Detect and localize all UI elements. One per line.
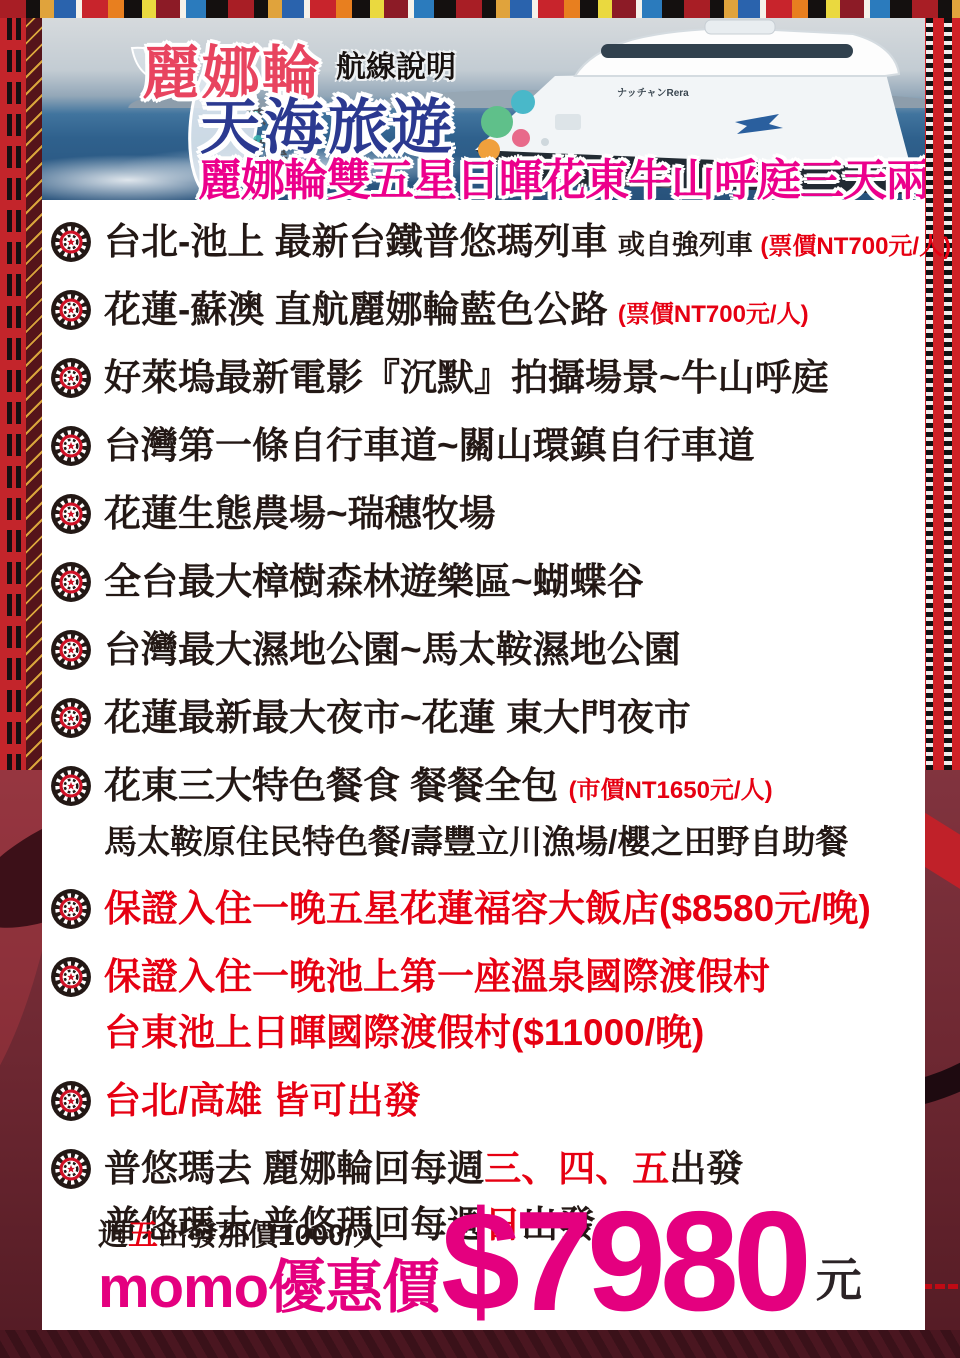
feature-line: 保證入住一晚五星花蓮福容大飯店($8580元/晚) [104,885,871,941]
feature-text: 普悠瑪去 麗娜輪回每週 [104,1148,484,1189]
header-banner: 蘇澳 花蓮 ナッチャンRera 麗娜輪航線說明 天海旅遊 麗娜輪雙五星日暉花東牛… [42,18,925,200]
feature-item: 好萊塢最新電影『沉默』拍攝場景~牛山呼庭 [50,354,925,410]
sun-pattern-icon [50,629,92,671]
ship-name-label: ナッチャンRera [617,87,689,99]
feature-text: 五 [128,1219,158,1252]
feature-line: 花蓮-蘇澳 直航麗娜輪藍色公路 (票價NT700元/人) [104,286,809,342]
feature-line: 保證入住一晚池上第一座溫泉國際渡假村 [104,953,770,1009]
sun-pattern-icon [50,289,92,331]
feature-line: 台北/高雄 皆可出發 [104,1077,421,1133]
feature-text: 花蓮生態農場~瑞穗牧場 [104,493,496,534]
feature-line: 花蓮生態農場~瑞穗牧場 [104,490,496,546]
sun-pattern-icon [50,425,92,467]
content-card: 台北-池上 最新台鐵普悠瑪列車 或自強列車 (票價NT700元/人)花蓮-蘇澳 … [42,200,925,1330]
sun-pattern-icon [50,221,92,263]
feature-line: 台灣最大濕地公園~馬太鞍濕地公園 [104,626,681,682]
feature-text: (票價NT700元/人) [760,233,951,260]
right-border-pattern [925,18,960,770]
feature-text: (市價NT1650元/人) [569,777,773,804]
sun-pattern-icon [50,697,92,739]
feature-item: 保證入住一晚池上第一座溫泉國際渡假村台東池上日暉國際渡假村($11000/晚) [50,953,925,1065]
feature-text: 保證入住一晚五星花蓮福容大飯店($8580元/晚) [104,888,871,929]
feature-text: 出發加價1000/人 [158,1219,383,1252]
feature-text: 台北/高雄 皆可出發 [104,1080,421,1121]
feature-text: 好萊塢最新電影『沉默』拍攝場景~牛山呼庭 [104,357,829,398]
feature-text: 花蓮-蘇澳 直航麗娜輪藍色公路 [104,289,618,330]
features-list: 台北-池上 最新台鐵普悠瑪列車 或自強列車 (票價NT700元/人)花蓮-蘇澳 … [42,200,925,1257]
sun-pattern-icon [50,888,92,930]
feature-text: (票價NT700元/人) [618,301,809,328]
price-amount: $7980 [441,1204,806,1320]
momo-price-label: momo優惠價 [98,1256,439,1320]
tour-poster: 蘇澳 花蓮 ナッチャンRera 麗娜輪航線說明 天海旅遊 麗娜輪雙五星日暉花東牛… [0,0,960,1358]
tour-title: 麗娜輪雙五星日暉花東牛山呼庭三天兩夜 [198,144,925,200]
feature-item: 台北-池上 最新台鐵普悠瑪列車 或自強列車 (票價NT700元/人) [50,218,925,274]
feature-text: 馬太鞍原住民特色餐/壽豐立川漁場/櫻之田野自助餐 [104,823,848,860]
feature-text: 或自強列車 [618,230,761,260]
feature-line: 台東池上日暉國際渡假村($11000/晚) [104,1009,770,1065]
feature-item: 台灣第一條自行車道~關山環鎮自行車道 [50,422,925,478]
sun-pattern-icon [50,493,92,535]
price-footer: 週五出發加價1000/人 momo優惠價 $7980 元 [42,1204,925,1320]
sun-pattern-icon [50,357,92,399]
sun-pattern-icon [50,1148,92,1190]
feature-text: 保證入住一晚池上第一座溫泉國際渡假村 [104,956,770,997]
feature-line: 馬太鞍原住民特色餐/壽豐立川漁場/櫻之田野自助餐 [104,818,848,873]
top-border-pattern [0,0,960,18]
feature-line: 台北-池上 最新台鐵普悠瑪列車 或自強列車 (票價NT700元/人) [104,218,951,274]
surcharge-note: 週五出發加價1000/人 [98,1218,439,1254]
feature-item: 台灣最大濕地公園~馬太鞍濕地公園 [50,626,925,682]
feature-line: 花蓮最新最大夜市~花蓮 東大門夜市 [104,694,691,750]
feature-line: 花東三大特色餐食 餐餐全包 (市價NT1650元/人) [104,762,848,818]
background-art [922,1284,958,1289]
sun-pattern-icon [50,956,92,998]
feature-text: 全台最大樟樹森林遊樂區~蝴蝶谷 [104,561,644,602]
feature-text: 台東池上日暉國際渡假村($11000/晚) [104,1012,704,1053]
feature-item: 台北/高雄 皆可出發 [50,1077,925,1133]
feature-item: 全台最大樟樹森林遊樂區~蝴蝶谷 [50,558,925,614]
feature-item: 花蓮生態農場~瑞穗牧場 [50,490,925,546]
feature-text: 台北-池上 最新台鐵普悠瑪列車 [104,221,618,262]
feature-text: 花東三大特色餐食 餐餐全包 [104,765,569,806]
feature-text: 週 [98,1219,128,1252]
sun-pattern-icon [50,561,92,603]
feature-item: 花蓮最新最大夜市~花蓮 東大門夜市 [50,694,925,750]
feature-line: 台灣第一條自行車道~關山環鎮自行車道 [104,422,755,478]
feature-item: 花蓮-蘇澳 直航麗娜輪藍色公路 (票價NT700元/人) [50,286,925,342]
feature-text: 台灣第一條自行車道~關山環鎮自行車道 [104,425,755,466]
sun-pattern-icon [50,765,92,807]
price-unit: 元 [816,1244,862,1310]
feature-item: 花東三大特色餐食 餐餐全包 (市價NT1650元/人)馬太鞍原住民特色餐/壽豐立… [50,762,925,873]
feature-line: 全台最大樟樹森林遊樂區~蝴蝶谷 [104,558,644,614]
sun-pattern-icon [50,1080,92,1122]
feature-item: 保證入住一晚五星花蓮福容大飯店($8580元/晚) [50,885,925,941]
feature-text: 花蓮最新最大夜市~花蓮 東大門夜市 [104,697,691,738]
feature-text: 台灣最大濕地公園~馬太鞍濕地公園 [104,629,681,670]
left-border-pattern [0,18,42,770]
feature-line: 好萊塢最新電影『沉默』拍攝場景~牛山呼庭 [104,354,829,410]
